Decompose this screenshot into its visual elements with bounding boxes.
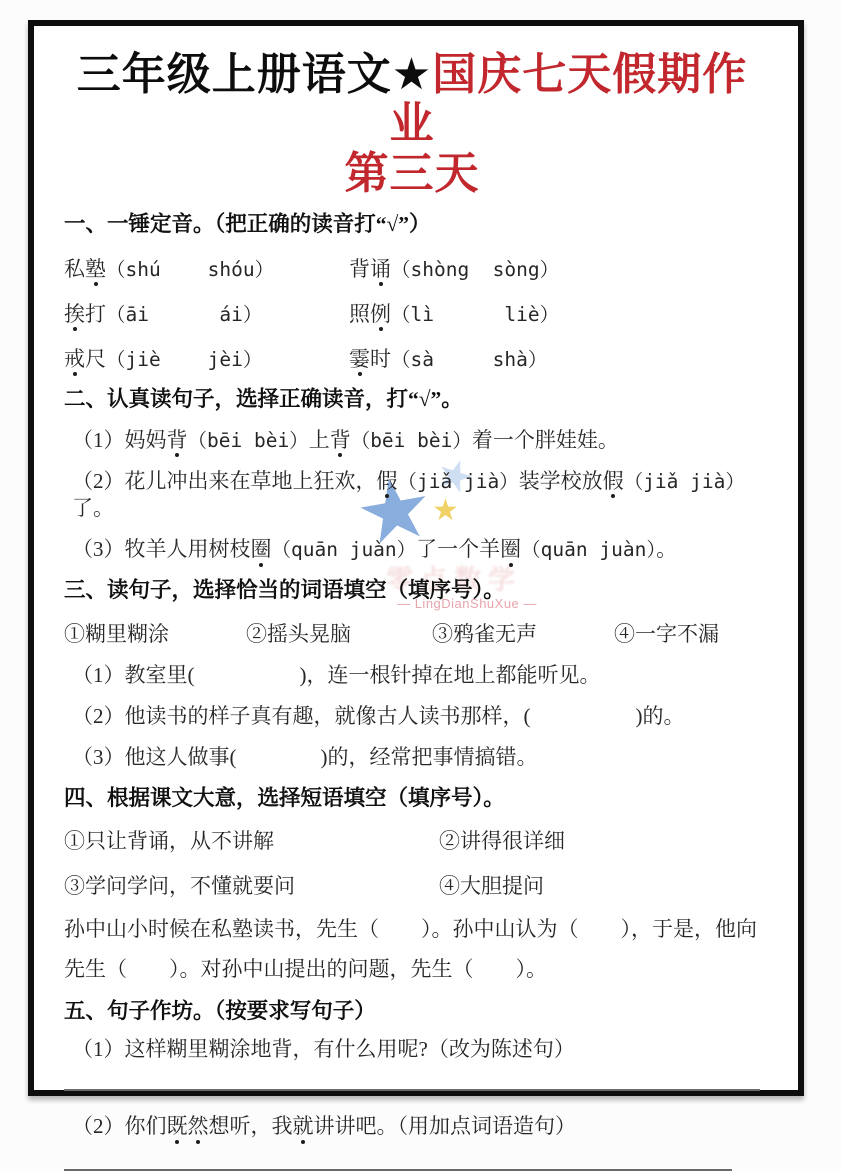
question-line: （1）这样糊里糊涂地背，有什么用呢?（改为陈述句）	[64, 1036, 760, 1063]
question-line: （2）你们既然想听，我就讲讲吧。（用加点词语造句）	[64, 1113, 760, 1140]
option-item: ④大胆提问	[439, 870, 760, 900]
section1-header: 一、一锤定音。（把正确的读音打“√”）	[64, 211, 760, 238]
page-title: 三年级上册语文★国庆七天假期作业 第三天	[64, 50, 760, 198]
title-red-text: 国庆七天假期作业	[390, 50, 748, 148]
word-pinyin-item: 私塾（shú shóu）	[64, 253, 349, 283]
word-pinyin-item: 背诵（shòng sòng）	[349, 253, 760, 283]
word-pinyin-item: 照例（lì liè）	[349, 298, 760, 328]
title-line2-text: 第三天	[345, 149, 480, 198]
section4-paragraph: 孙中山小时候在私塾读书，先生（ ）。孙中山认为（ ），于是，他向先生（ ）。对孙…	[64, 910, 760, 990]
word-pinyin-item: 戒尺（jiè jèi）	[64, 343, 349, 373]
option-item: ②讲得很详细	[439, 825, 760, 855]
section4-options-row2: ③学问学问，不懂就要问 ④大胆提问	[64, 870, 760, 900]
answer-line	[64, 1089, 760, 1091]
title-black-text: 三年级上册语文	[77, 50, 392, 99]
word-pinyin-item: 霎时（sà shà）	[349, 343, 760, 373]
section5-header: 五、句子作坊。（按要求写句子）	[64, 998, 760, 1025]
word-pinyin-item: 挨打（āi ái）	[64, 298, 349, 328]
answer-line	[64, 1169, 732, 1171]
star-icon: ★	[392, 50, 432, 99]
section4-options-row1: ①只让背诵，从不讲解 ②讲得很详细	[64, 825, 760, 855]
section4-header: 四、根据课文大意，选择短语填空（填序号）。	[64, 785, 760, 812]
question-line: （3）他这人做事( )的，经常把事情搞错。	[64, 744, 760, 771]
option-item: ①糊里糊涂	[64, 618, 246, 648]
option-item: ①只让背诵，从不讲解	[64, 825, 439, 855]
question-line: （1）妈妈背（bēi bèi）上背（bēi bèi）着一个胖娃娃。	[64, 427, 760, 454]
option-item: ③学问学问，不懂就要问	[64, 870, 439, 900]
question-line: （2）他读书的样子真有趣，就像古人读书那样，( )的。	[64, 703, 760, 730]
section1-word-grid: 私塾（shú shóu） 背诵（shòng sòng） 挨打（āi ái） 照例…	[64, 253, 760, 373]
worksheet-page: ★ ★ ★ 零点数学 — LingDianShuXue — 三年级上册语文★国庆…	[28, 20, 804, 1096]
section2-header: 二、认真读句子，选择正确读音，打“√”。	[64, 386, 760, 413]
section3-header: 三、读句子，选择恰当的词语填空（填序号）。	[64, 577, 760, 604]
question-line: （1）教室里( )，连一根针掉在地上都能听见。	[64, 662, 760, 689]
option-item: ④一字不漏	[614, 618, 760, 648]
section3-options: ①糊里糊涂 ②摇头晃脑 ③鸦雀无声 ④一字不漏	[64, 618, 760, 648]
option-item: ③鸦雀无声	[432, 618, 614, 648]
question-line: （3）牧羊人用树枝圈（quān juàn）了一个羊圈（quān juàn）。	[64, 536, 760, 563]
question-line: （2）花儿冲出来在草地上狂欢，假（jiǎ jià）装学校放假（jiǎ jià）了…	[64, 468, 760, 523]
option-item: ②摇头晃脑	[246, 618, 432, 648]
